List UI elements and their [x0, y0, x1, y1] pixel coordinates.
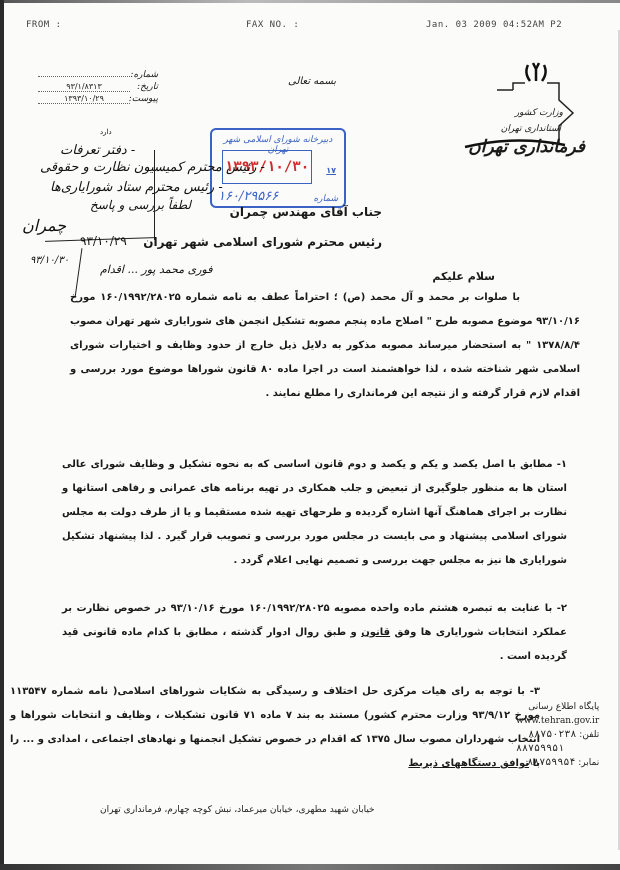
- meta-attachment-label: پیوست:: [130, 94, 158, 104]
- meta-number-row: شماره:: [38, 70, 158, 82]
- handwritten-referral-1: - دفتر تعرفات: [60, 143, 135, 158]
- handwritten-note-date: ۹۳/۱۰/۳۰: [30, 255, 69, 266]
- body-item-1: ۱- مطابق با اصل یکصد و یکم و یکصد و دوم …: [62, 453, 567, 573]
- stamp-small-number: ۱۷: [326, 166, 336, 175]
- info-phone-1: ۸۸۷۵۰۲۳۸: [528, 729, 576, 740]
- fax-date-time: Jan. 03 2009 04:52AM P2: [426, 20, 562, 30]
- logo-governorate: فرمانداری تهران: [468, 137, 585, 157]
- body-intro-paragraph: با صلوات بر محمد و آل محمد (ص) ؛ احتراما…: [70, 286, 580, 406]
- contact-info-box: پایگاه اطلاع رسانی www.tehran.gov.ir تلف…: [516, 700, 599, 770]
- info-fax-number: ۸۸۷۵۹۹۵۴: [527, 757, 575, 768]
- item-3-number: ۳-: [530, 686, 540, 697]
- scan-top-edge: [0, 0, 620, 3]
- meta-number-label: شماره:: [130, 70, 158, 80]
- stamp-registration-number: ۱۶۰/۲۹۵۶۶: [218, 189, 278, 204]
- scan-bottom-edge: [0, 864, 620, 870]
- item-1-text: مطابق با اصل یکصد و یکم و یکصد و دوم قان…: [62, 459, 567, 566]
- logo-province: استانداری تهران: [501, 124, 561, 134]
- letter-meta: شماره: تاریخ: ۹۳/۱/۸۳۱۳ پیوست: ۱۳۹۳/۱۰/۲…: [38, 70, 158, 106]
- item-2-underlined: قانون: [361, 627, 390, 638]
- bismillah-heading: بسمه تعالی: [288, 76, 336, 87]
- body-item-2: ۲- با عنایت به تبصره هشتم ماده واحده مصو…: [62, 597, 567, 669]
- handwritten-referral-2: - رئیس محترم کمیسیون نظارت و حقوقی: [40, 160, 265, 175]
- info-fax-row: نمابر: ۸۸۷۵۹۹۵۴: [516, 756, 599, 770]
- meta-date-value: ۹۳/۱/۸۳۱۳: [38, 82, 130, 92]
- meta-attachment-value: ۱۳۹۳/۱۰/۲۹: [38, 94, 130, 104]
- handwritten-date: ۹۳/۱۰/۲۹: [80, 234, 127, 248]
- info-fax-label: نمابر:: [578, 758, 599, 768]
- addressee-title: رئیس محترم شورای اسلامی شهر تهران: [143, 235, 382, 249]
- governorate-logo: وزارت کشور استانداری تهران فرمانداری تهر…: [455, 55, 605, 165]
- info-phone-row: تلفن: ۸۸۷۵۰۲۳۸: [516, 728, 599, 742]
- handwritten-referral-3: - رئیس محترم ستاد شورایاری‌ها: [50, 180, 223, 195]
- addressee-name: جناب آقای مهندس چمران: [230, 205, 382, 219]
- handwritten-dared: دارد: [100, 128, 112, 136]
- fax-number-label: FAX NO. :: [246, 20, 299, 30]
- meta-number-value: [38, 76, 130, 77]
- fax-from-label: FROM :: [26, 20, 62, 30]
- handwritten-instruction: لطفاً بررسی و پاسخ: [90, 198, 191, 212]
- item-1-number: ۱-: [557, 459, 567, 470]
- item-3-text-before: با توجه به رای هیات مرکزی حل اختلاف و رس…: [10, 686, 540, 769]
- greeting: سلام علیکم: [432, 270, 495, 283]
- meta-date-row: تاریخ: ۹۳/۱/۸۳۱۳: [38, 82, 158, 94]
- info-website: www.tehran.gov.ir: [516, 714, 599, 728]
- info-title: پایگاه اطلاع رسانی: [516, 700, 599, 714]
- handwritten-bracket-line: [154, 150, 155, 240]
- meta-attachment-row: پیوست: ۱۳۹۳/۱۰/۲۹: [38, 94, 158, 106]
- item-3-underlined: توافق دستگاههای ذیربط: [408, 758, 529, 769]
- handwritten-note: فوری محمد پور ... اقدام: [100, 263, 212, 276]
- meta-date-label: تاریخ:: [130, 82, 158, 92]
- body-item-3: ۳- با توجه به رای هیات مرکزی حل اختلاف و…: [10, 680, 540, 776]
- handwritten-signature: چمران: [22, 216, 66, 235]
- footer-address: خیابان شهید مطهری، خیابان میرعماد، نبش ک…: [100, 805, 375, 815]
- info-phone-label: تلفن:: [579, 730, 599, 740]
- stamp-number-label: شماره: [313, 194, 338, 204]
- logo-ministry: وزارت کشور: [515, 108, 563, 118]
- info-phone-2: ۸۸۷۵۹۹۵۱: [516, 742, 599, 756]
- scan-left-edge: [0, 0, 4, 870]
- fax-document-page: FROM : FAX NO. : Jan. 03 2009 04:52AM P2…: [0, 0, 620, 870]
- item-2-number: ۲-: [557, 603, 567, 614]
